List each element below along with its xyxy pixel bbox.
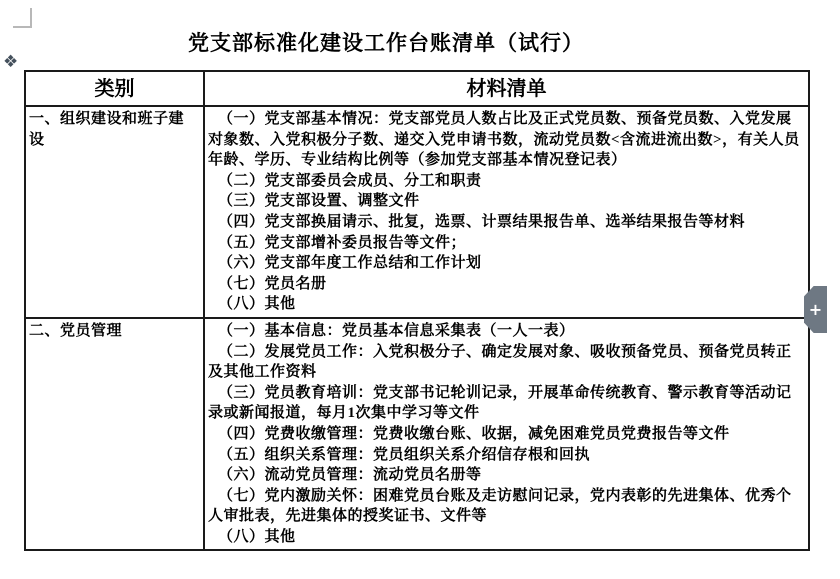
material-item[interactable]: （六）流动党员管理：流动党员名册等 — [208, 465, 804, 486]
material-item[interactable]: （七）党内激励关怀：困难党员台账及走访慰问记录，党内表彰的先进集体、优秀个人审批… — [208, 486, 804, 527]
material-item[interactable]: （六）党支部年度工作总结和工作计划 — [208, 253, 804, 274]
material-item[interactable]: （八）其他 — [208, 294, 804, 315]
materials-cell[interactable]: （一）党支部基本情况：党支部党员人数占比及正式党员数、预备党员数、入党发展对象数… — [205, 107, 808, 317]
comment-flag[interactable]: + — [804, 286, 827, 333]
material-item[interactable]: （三）党支部设置、调整文件 — [208, 191, 804, 212]
material-item[interactable]: （四）党费收缴管理：党费收缴台账、收据，减免困难党员党费报告等文件 — [208, 424, 804, 445]
material-item[interactable]: （二）发展党员工作：入党积极分子、确定发展对象、吸收预备党员、预备党员转正及其他… — [208, 342, 804, 383]
material-item[interactable]: （八）其他 — [208, 527, 804, 548]
column-header-category[interactable]: 类别 — [26, 72, 205, 107]
ledger-table: 类别 材料清单 一、组织建设和班子建设 （一）党支部基本情况：党支部党员人数占比… — [24, 70, 810, 551]
material-item[interactable]: （七）党员名册 — [208, 274, 804, 295]
material-item[interactable]: （三）党员教育培训：党支部书记轮训记录，开展革命传统教育、警示教育等活动记录或新… — [208, 383, 804, 424]
table-row: 一、组织建设和班子建设 （一）党支部基本情况：党支部党员人数占比及正式党员数、预… — [26, 107, 808, 317]
materials-cell[interactable]: （一）基本信息：党员基本信息采集表（一人一表）（二）发展党员工作：入党积极分子、… — [205, 317, 808, 550]
table-move-handle-icon[interactable]: ❖ — [3, 54, 18, 71]
material-item[interactable]: （四）党支部换届请示、批复，选票、计票结果报告单、选举结果报告等材料 — [208, 212, 804, 233]
material-item[interactable]: （二）党支部委员会成员、分工和职责 — [208, 171, 804, 192]
material-item[interactable]: （五）党支部增补委员报告等文件； — [208, 233, 804, 254]
table-body: 一、组织建设和班子建设 （一）党支部基本情况：党支部党员人数占比及正式党员数、预… — [26, 107, 808, 549]
category-cell[interactable]: 二、党员管理 — [26, 317, 205, 550]
table-header-row: 类别 材料清单 — [26, 72, 808, 107]
document-page: 党支部标准化建设工作台账清单（试行） ❖ 类别 材料清单 一、组织建设和班子建设… — [0, 0, 840, 579]
column-header-materials[interactable]: 材料清单 — [205, 72, 808, 107]
plus-icon: + — [809, 302, 822, 318]
document-title[interactable]: 党支部标准化建设工作台账清单（试行） — [0, 27, 772, 57]
page-corner-mark — [13, 8, 32, 28]
material-item[interactable]: （一）党支部基本情况：党支部党员人数占比及正式党员数、预备党员数、入党发展对象数… — [208, 109, 804, 171]
table-row: 二、党员管理 （一）基本信息：党员基本信息采集表（一人一表）（二）发展党员工作：… — [26, 317, 808, 550]
category-cell[interactable]: 一、组织建设和班子建设 — [26, 107, 205, 317]
material-item[interactable]: （五）组织关系管理：党员组织关系介绍信存根和回执 — [208, 445, 804, 466]
material-item[interactable]: （一）基本信息：党员基本信息采集表（一人一表） — [208, 321, 804, 342]
